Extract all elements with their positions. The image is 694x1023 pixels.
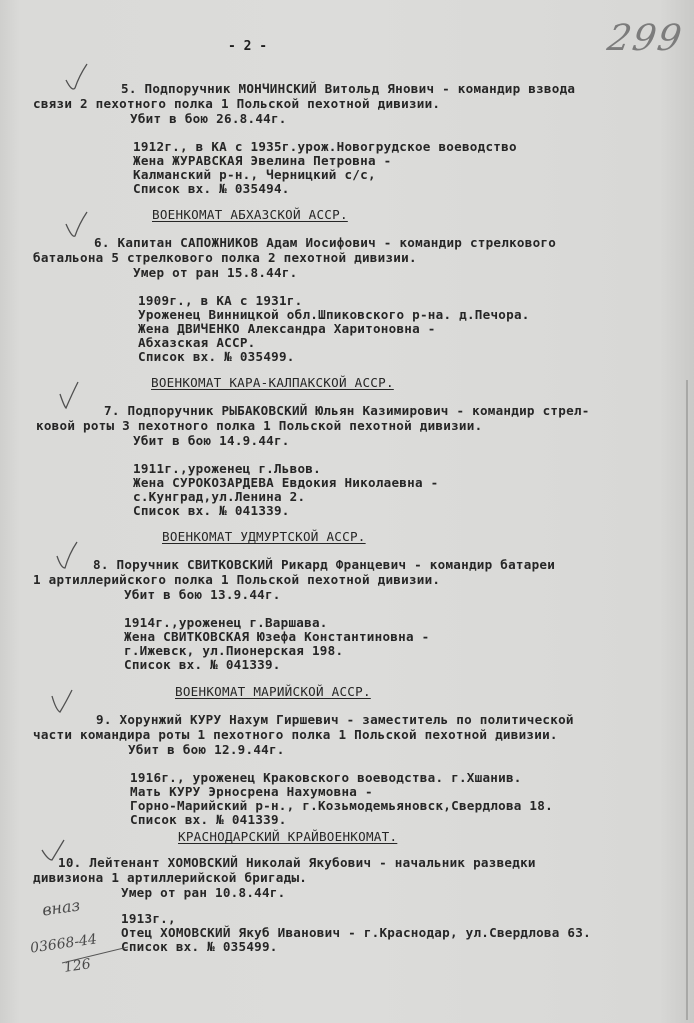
- entry-9-detail-1: 1916г., уроженец Краковского воеводства.…: [130, 771, 522, 785]
- handwritten-note-denominator: 126: [63, 956, 92, 976]
- entry-8-line-2: 1 артиллерийского полка 1 Польской пехот…: [33, 573, 440, 587]
- entry-7-line-3: Убит в бою 14.9.44г.: [133, 434, 290, 448]
- entry-9-detail-3: Горно-Марийский р-н., г.Козьмодемьяновск…: [130, 799, 553, 813]
- section-heading: ВОЕНКОМАТ АБХАЗСКОЙ АССР.: [152, 208, 348, 222]
- entry-6-detail-4: Абхазская АССР.: [138, 336, 255, 350]
- entry-6-detail-3: Жена ДВИЧЕНКО Александра Харитоновна -: [138, 322, 436, 336]
- checkmark-icon: [64, 210, 90, 240]
- section-heading: ВОЕНКОМАТ УДМУРТСКОЙ АССР.: [162, 530, 366, 544]
- entry-10-detail-2: Отец ХОМОВСКИЙ Якуб Иванович - г.Краснод…: [121, 926, 591, 940]
- section-heading: ВОЕНКОМАТ КАРА-КАЛПАКСКОЙ АССР.: [151, 376, 394, 390]
- entry-5-detail-2: Жена ЖУРАВСКАЯ Эвелина Петровна -: [133, 154, 391, 168]
- checkmark-icon: [50, 688, 76, 718]
- checkmark-icon: [64, 62, 90, 92]
- entry-5-detail-1: 1912г., в КА с 1935г.урож.Новогрудское в…: [133, 140, 517, 154]
- entry-7-line-1: 7. Подпоручник РЫБАКОВСКИЙ Юльян Казимир…: [104, 404, 590, 418]
- entry-6-line-2: батальона 5 стрелкового полка 2 пехотной…: [33, 251, 417, 265]
- entry-7-detail-3: с.Кунград,ул.Ленина 2.: [133, 490, 305, 504]
- entry-8-detail-4: Список вх. № 041339.: [124, 658, 281, 672]
- entry-8-detail-2: Жена СВИТКОВСКАЯ Юзефа Константиновна -: [124, 630, 429, 644]
- entry-9-line-3: Убит в бою 12.9.44г.: [128, 743, 285, 757]
- entry-7-detail-2: Жена СУРОКОЗАРДЕВА Евдокия Николаевна -: [133, 476, 438, 490]
- entry-5-line-2: связи 2 пехотного полка 1 Польской пехот…: [33, 97, 440, 111]
- entry-8-detail-3: г.Ижевск, ул.Пионерская 198.: [124, 644, 343, 658]
- entry-6-line-1: 6. Капитан САПОЖНИКОВ Адам Иосифович - к…: [94, 236, 556, 250]
- entry-6-detail-5: Список вх. № 035499.: [138, 350, 295, 364]
- page-edge: [686, 380, 688, 1020]
- entry-5-detail-3: Калманский р-н., Черницкий с/с,: [133, 168, 376, 182]
- entry-9-detail-2: Мать КУРУ Эрносрена Нахумовна -: [130, 785, 373, 799]
- folio-number: 299: [604, 18, 686, 59]
- entry-9-detail-4: Список вх. № 041339.: [130, 813, 287, 827]
- entry-9-line-2: части командира роты 1 пехотного полка 1…: [33, 728, 558, 742]
- entry-10-detail-3: Список вх. № 035499.: [121, 940, 278, 954]
- entry-7-detail-1: 1911г.,уроженец г.Львов.: [133, 462, 321, 476]
- page-number: - 2 -: [228, 39, 267, 54]
- entry-10-line-1: 10. Лейтенант ХОМОВСКИЙ Николай Якубович…: [58, 856, 536, 870]
- entry-10-line-3: Умер от ран 10.8.44г.: [121, 886, 285, 900]
- entry-8-line-3: Убит в бою 13.9.44г.: [124, 588, 281, 602]
- entry-6-detail-1: 1909г., в КА с 1931г.: [138, 294, 302, 308]
- entry-5-line-1: 5. Подпоручник МОНЧИНСКИЙ Витольд Янович…: [121, 82, 575, 96]
- entry-7-line-2: ковой роты 3 пехотного полка 1 Польской …: [36, 419, 482, 433]
- entry-5-detail-4: Список вх. № 035494.: [133, 182, 290, 196]
- section-heading: КРАСНОДАРСКИЙ КРАЙВОЕНКОМАТ.: [178, 830, 397, 844]
- checkmark-icon: [58, 380, 84, 410]
- entry-8-line-1: 8. Поручник СВИТКОВСКИЙ Рикард Францевич…: [93, 558, 555, 572]
- entry-6-line-3: Умер от ран 15.8.44г.: [133, 266, 297, 280]
- entry-9-line-1: 9. Хорунжий КУРУ Нахум Гиршевич - замест…: [96, 713, 574, 727]
- entry-8-detail-1: 1914г.,уроженец г.Варшава.: [124, 616, 328, 630]
- entry-10-detail-1: 1913г.,: [121, 912, 176, 926]
- entry-5-line-3: Убит в бою 26.8.44г.: [130, 112, 287, 126]
- document-page: 299 - 2 - 5. Подпоручник МОНЧИНСКИЙ Вито…: [0, 0, 694, 1023]
- entry-6-detail-2: Уроженец Винницкой обл.Шпиковского р-на.…: [138, 308, 530, 322]
- checkmark-icon: [55, 540, 81, 570]
- entry-10-line-2: дивизиона 1 артиллерийской бригады.: [33, 871, 307, 885]
- section-heading: ВОЕНКОМАТ МАРИЙСКОЙ АССР.: [175, 685, 371, 699]
- entry-7-detail-4: Список вх. № 041339.: [133, 504, 290, 518]
- handwritten-note-word: вназ: [41, 895, 81, 919]
